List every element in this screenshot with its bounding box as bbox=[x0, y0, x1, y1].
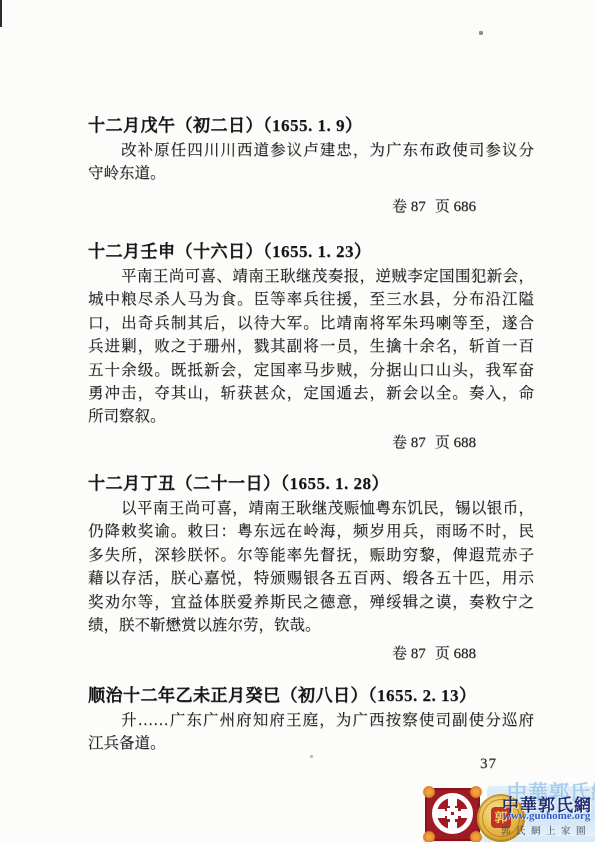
seal-cross-icon bbox=[448, 797, 457, 806]
body-line: 口，出奇兵制其后，以待大军。比靖南将军朱玛喇等至，遂合 bbox=[88, 312, 534, 335]
seal-ornament-icon bbox=[421, 784, 438, 801]
body-line: 奖劝尔等，宜益体朕爱养斯民之德意，殚绥辑之谟，奏敉宁之 bbox=[88, 591, 534, 614]
seal-cross-icon bbox=[461, 809, 470, 818]
scan-edge-artifact bbox=[0, 0, 2, 27]
body-line: 藉以存活，朕心嘉悦，特颁赐银各五百两、缎各五十匹，用示 bbox=[88, 567, 534, 590]
page-number: 37 bbox=[480, 756, 497, 773]
watermark-tagline: 郭氏網上家園 bbox=[501, 823, 591, 837]
scanned-book-page: 十二月戊午（初二日）（1655. 1. 9） 改补原任四川川西道参议卢建忠，为广… bbox=[0, 0, 595, 842]
body-line: 五十余级。既抵新会，定国率马步贼，分据山口山头，我军奋 bbox=[88, 359, 534, 382]
body-line: 以平南王尚可喜，靖南王耿继茂赈恤粤东饥民，锡以银币， bbox=[88, 497, 534, 520]
ref-volume: 卷 87 bbox=[392, 199, 426, 215]
source-reference: 卷 87页 686 bbox=[88, 196, 534, 219]
source-reference: 卷 87页 688 bbox=[88, 643, 534, 666]
body-line: 守岭东道。 bbox=[88, 162, 534, 185]
ref-volume: 卷 87 bbox=[392, 646, 426, 662]
body-line: 勇冲击，夺其山，斩获甚众，定国遁去，新会以全。奏入，命 bbox=[88, 382, 534, 405]
source-reference: 卷 87页 688 bbox=[88, 432, 534, 455]
body-line: 兵进剿，败之于珊州，戮其副将一员，生擒十余名，斩首一百 bbox=[88, 335, 534, 358]
seal-ornament-icon bbox=[468, 784, 485, 801]
entry-1655-1-28: 十二月丁丑（二十一日）（1655. 1. 28） 以平南王尚可喜，靖南王耿继茂赈… bbox=[88, 471, 534, 666]
seal-cross-icon bbox=[436, 809, 445, 818]
ref-page: 页 688 bbox=[435, 435, 476, 451]
seal-core-dot-icon bbox=[451, 812, 454, 815]
body-line: 江兵备道。 bbox=[88, 732, 534, 755]
body-line: 改补原任四川川西道参议卢建忠，为广东布政使司参议分 bbox=[88, 139, 534, 162]
entry-header: 十二月壬申（十六日）（1655. 1. 23） bbox=[88, 239, 534, 265]
body-line: 城中粮尽杀人马为食。臣等率兵往援，至三水县，分布沿江隘 bbox=[88, 288, 534, 311]
body-line: 仍降敕奖谕。敕曰：粤东远在岭海，频岁用兵，雨旸不时，民 bbox=[88, 520, 534, 543]
entry-header: 十二月丁丑（二十一日）（1655. 1. 28） bbox=[88, 471, 534, 497]
watermark-site-url: www.guohome.org bbox=[503, 810, 590, 822]
entry-1655-1-23: 十二月壬申（十六日）（1655. 1. 23） 平南王尚可喜、靖南王耿继茂奏报，… bbox=[88, 239, 534, 455]
scan-speck bbox=[479, 31, 483, 35]
entry-header: 顺治十二年乙未正月癸巳（初八日）（1655. 2. 13） bbox=[88, 683, 534, 709]
body-line: 绩，朕不靳懋赏以旌尔劳，钦哉。 bbox=[88, 614, 534, 637]
guo-clan-seal-icon bbox=[425, 788, 480, 841]
entry-1655-2-13: 顺治十二年乙未正月癸巳（初八日）（1655. 2. 13） 升……广东广州府知府… bbox=[88, 683, 534, 756]
ref-page: 页 686 bbox=[435, 199, 476, 215]
body-line: 升……广东广州府知府王庭，为广西按察使司副使分巡府 bbox=[88, 709, 534, 732]
seal-cross-icon bbox=[448, 822, 457, 831]
entry-1655-1-9: 十二月戊午（初二日）（1655. 1. 9） 改补原任四川川西道参议卢建忠，为广… bbox=[88, 113, 534, 219]
ref-volume: 卷 87 bbox=[392, 435, 426, 451]
body-line: 所司察叙。 bbox=[88, 405, 534, 428]
seal-ornament-icon bbox=[421, 829, 438, 842]
entry-header: 十二月戊午（初二日）（1655. 1. 9） bbox=[88, 113, 534, 139]
body-line: 多失所，深轸朕怀。尔等能率先督抚，赈助穷黎，俾遐荒赤子 bbox=[88, 544, 534, 567]
ref-page: 页 688 bbox=[435, 646, 476, 662]
body-line: 平南王尚可喜、靖南王耿继茂奏报，逆贼李定国围犯新会， bbox=[88, 265, 534, 288]
